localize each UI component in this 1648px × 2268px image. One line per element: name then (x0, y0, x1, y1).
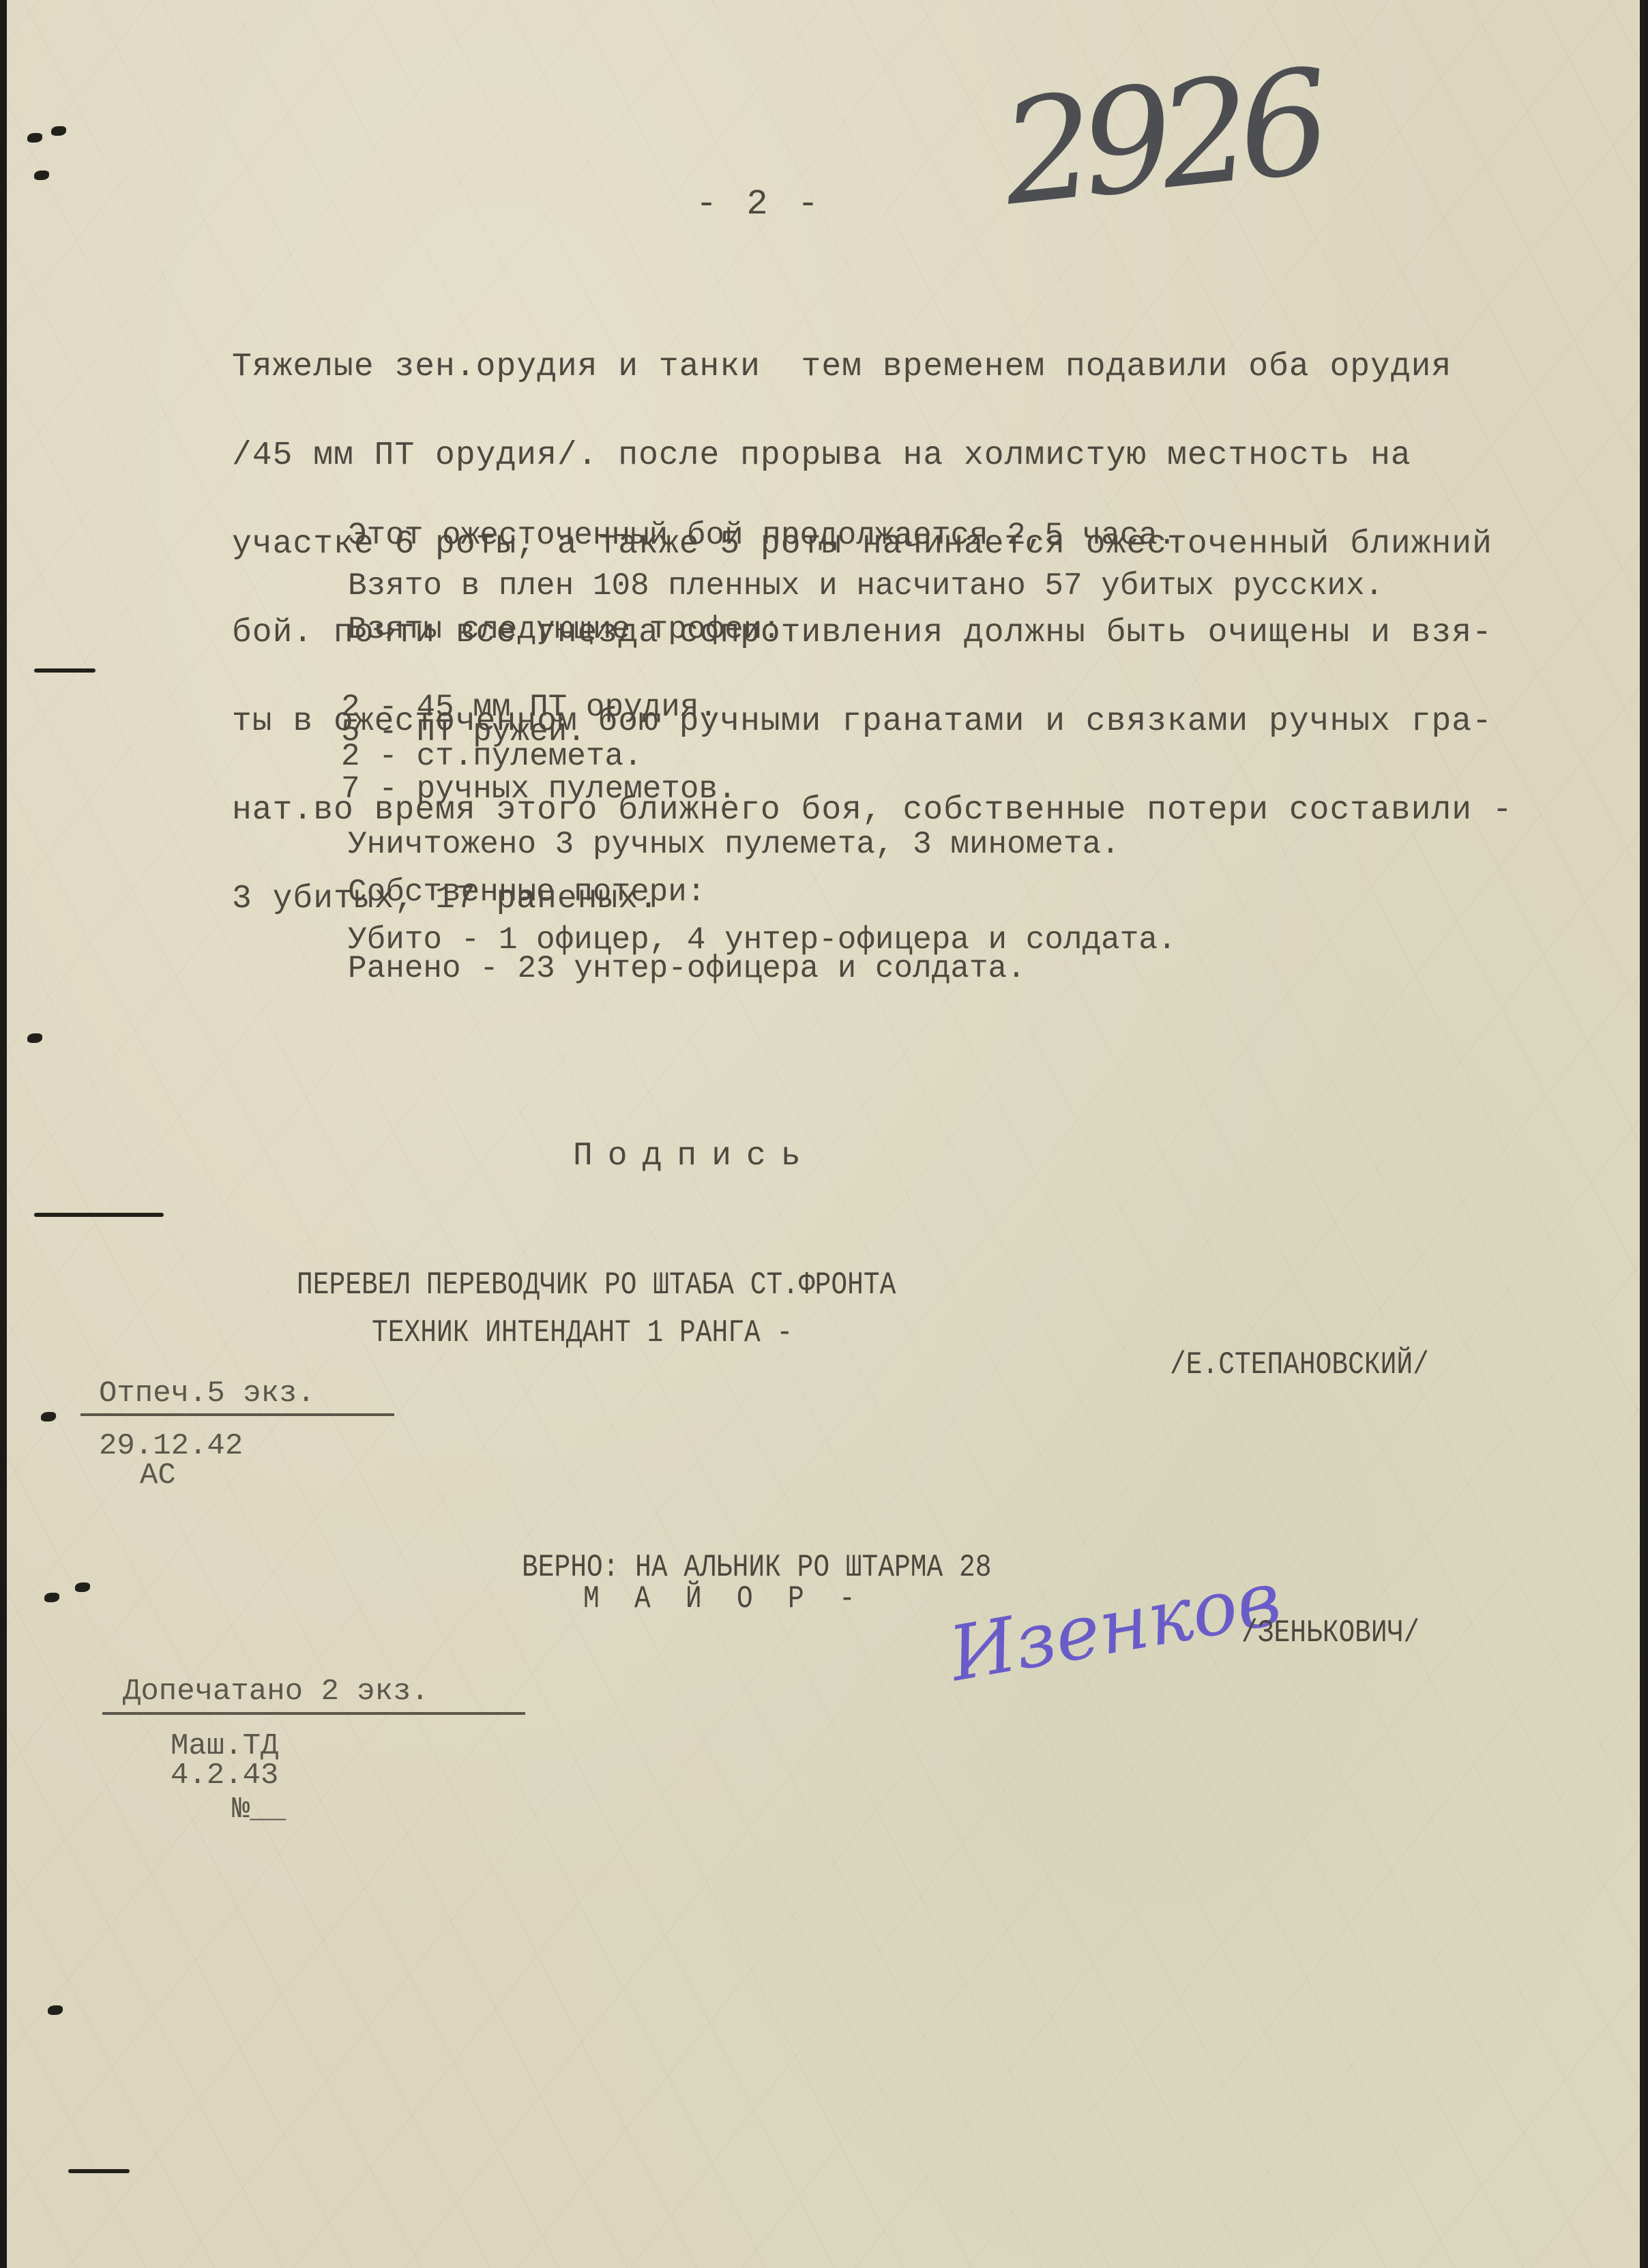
binding-hole (27, 1033, 42, 1043)
handwritten-signature: Изенков (943, 1554, 1287, 1698)
binding-slit (34, 668, 95, 673)
print-note-initials: АС (140, 1458, 176, 1492)
trophy-count: 2 (341, 739, 360, 774)
binding-hole (75, 1582, 90, 1592)
binding-hole (44, 1593, 59, 1602)
binding-hole (41, 1412, 56, 1422)
binding-hole (51, 126, 66, 136)
certification-name: /ЗЕНЬКОВИЧ/ (1241, 1615, 1419, 1651)
prisoners-count: Взято в плен 108 пленных и насчитано 57 … (348, 570, 1383, 602)
binding-hole (27, 133, 42, 143)
handwritten-archive-number: 2926 (995, 39, 1326, 238)
certification-line: ВЕРНО: НА АЛЬНИК РО ШТАРМА 28 (522, 1550, 991, 1585)
trophy-name: ст.пулемета. (416, 739, 642, 774)
trophy-item: 2 - ст.пулемета. (341, 745, 643, 768)
scan-right-border (1640, 0, 1644, 2268)
trophy-item: 7 - ручных пулеметов. (341, 778, 737, 801)
losses-wounded: Ранено - 23 унтер-офицера и солдата. (348, 955, 1026, 982)
binding-hole (48, 2005, 63, 2015)
destroyed-equipment: Уничтожено 3 ручных пулемета, 3 миномета… (348, 829, 1120, 860)
translator-line-2: ТЕХНИК ИНТЕНДАНТ 1 РАНГА - (372, 1315, 793, 1351)
paragraph-line: /45 мм ПТ орудия/. после прорыва на холм… (232, 444, 1569, 467)
trophy-name: ручных пулеметов. (416, 771, 736, 807)
page-number: - 2 - (696, 184, 823, 224)
trophies-heading: Взяты следующие трофеи: (348, 614, 781, 645)
trophy-count: 7 (341, 771, 360, 807)
document-page: - 2 - 2926 Тяжелые зен.орудия и танки те… (7, 0, 1644, 2268)
binding-slit (34, 1213, 164, 1217)
binding-hole (34, 171, 49, 180)
binding-slit (68, 2169, 130, 2173)
losses-killed: Убито - 1 офицер, 4 унтер-офицера и солд… (348, 926, 1177, 954)
translator-line-1: ПЕРЕВЕЛ ПЕРЕВОДЧИК РО ШТАБА СТ.ФРОНТА (297, 1267, 896, 1303)
certification-rank: М А Й О Р - (583, 1581, 865, 1617)
reprint-number: №__ (232, 1793, 286, 1827)
own-losses-heading: Собственные потери: (348, 877, 706, 908)
paragraph-line: Тяжелые зен.орудия и танки тем временем … (232, 355, 1569, 379)
reprint-date: 4.2.43 (171, 1758, 278, 1793)
reprint-note-copies: Допечатано 2 экз. (123, 1675, 429, 1709)
print-note-underline (80, 1413, 394, 1416)
scan-left-border (0, 0, 7, 2268)
print-note-copies: Отпеч.5 экз. (99, 1376, 315, 1411)
signature-title: Подпись (573, 1138, 816, 1175)
reprint-note-underline (102, 1712, 525, 1715)
translator-name: /Е.СТЕПАНОВСКИЙ/ (1170, 1347, 1429, 1383)
battle-duration: Этот ожесточенный бой продолжается 2,5 ч… (348, 520, 1177, 551)
